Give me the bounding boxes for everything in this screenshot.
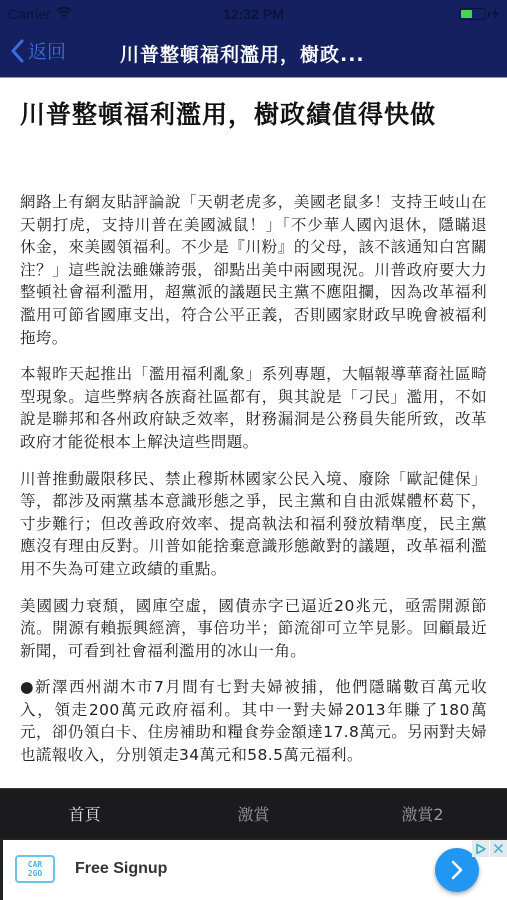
article-paragraph: 美國國力衰頹，國庫空虛，國債赤字已逼近20兆元，亟需開源節流。開源有賴振興經濟，… [20,595,487,663]
tab-home[interactable]: 首頁 [0,789,169,838]
nav-title: 川普整頓福利濫用，樹政... [120,40,365,67]
article-paragraph: ●新澤西州湖木市7月間有七對夫婦被捕，他們隱瞞數百萬元收入，領走200萬元政府福… [20,676,487,766]
tab-appreciate-2[interactable]: 激賞2 [338,789,507,838]
tab-bar: 首頁 激賞 激賞2 [0,788,507,838]
article-body: 網路上有網友貼評論說「天朝老虎多，美國老鼠多！支持王岐山在天朝打虎，支持川普在美… [20,191,487,767]
navigation-bar: 返回 川普整頓福利濫用，樹政... [0,28,507,78]
article-paragraph: 川普推動嚴限移民、禁止穆斯林國家公民入境、廢除「歐記健保」等，都涉及兩黨基本意識… [20,468,487,581]
ad-logo: CAR 2GO [15,855,55,883]
tab-appreciate[interactable]: 激賞 [169,789,338,838]
ad-logo-line1: CAR [17,860,53,869]
chevron-right-icon [449,859,465,881]
chevron-left-icon [10,39,24,63]
article-title: 川普整頓福利濫用，樹政績值得快做 [20,99,487,131]
charging-bolt-icon [492,8,499,20]
adchoices-icon [475,843,487,855]
article-paragraph: 網路上有網友貼評論說「天朝老虎多，美國老鼠多！支持王岐山在天朝打虎，支持川普在美… [20,191,487,349]
ad-close-button[interactable] [490,840,507,857]
ad-logo-line2: 2GO [17,869,53,878]
status-bar: Carrier 12:32 PM [0,0,507,28]
ad-choices [472,840,507,857]
ad-banner[interactable]: CAR 2GO Free Signup [0,838,507,900]
ad-headline[interactable]: Free Signup [75,860,167,878]
app-screen: Carrier 12:32 PM 返回 川普整頓福利 [0,0,507,900]
back-button[interactable]: 返回 [10,37,66,64]
adchoices-button[interactable] [472,840,489,857]
article-scroll-view[interactable]: 川普整頓福利濫用，樹政績值得快做 網路上有網友貼評論說「天朝老虎多，美國老鼠多！… [0,79,507,788]
close-icon [493,843,504,854]
back-label: 返回 [28,37,66,64]
status-time: 12:32 PM [0,6,507,22]
article-paragraph: 本報昨天起推出「濫用福利亂象」系列專題，大幅報導華裔社區畸型現象。這些弊病各族裔… [20,363,487,453]
battery-icon [459,8,499,20]
